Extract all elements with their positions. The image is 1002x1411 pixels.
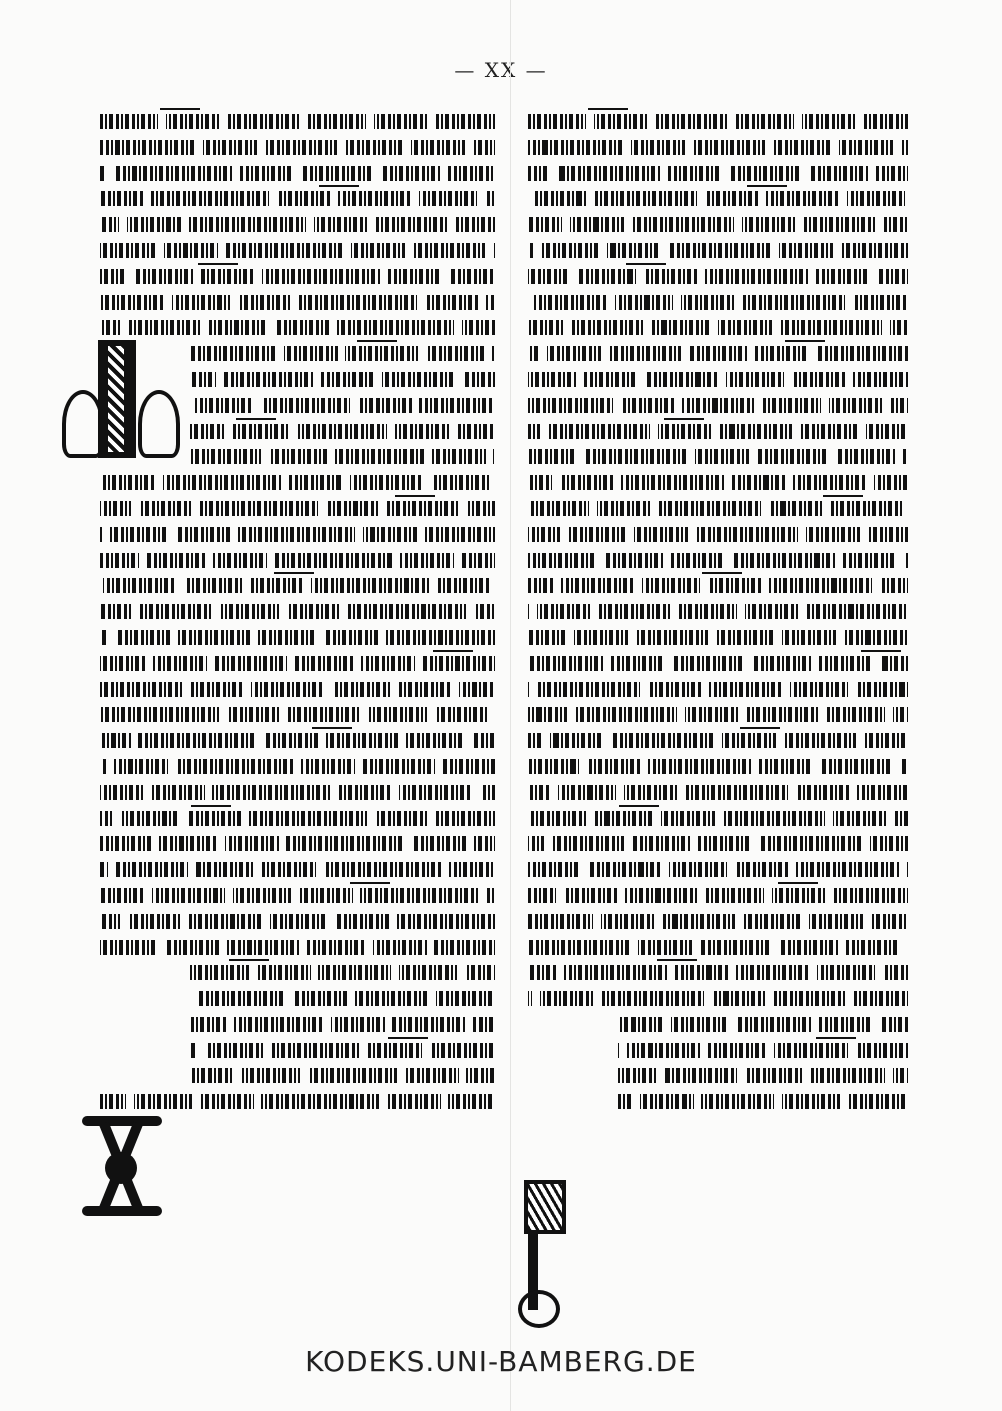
glagolitic-text <box>528 140 908 155</box>
glagolitic-text <box>528 656 908 671</box>
manuscript-line <box>100 471 495 497</box>
titlo-mark <box>861 650 901 652</box>
glagolitic-text <box>528 501 908 516</box>
manuscript-line <box>528 807 908 833</box>
titlo-mark <box>747 185 787 187</box>
titlo-mark <box>588 108 628 110</box>
manuscript-line <box>528 832 908 858</box>
manuscript-line <box>100 807 495 833</box>
manuscript-line <box>100 1013 495 1039</box>
glagolitic-text <box>528 243 908 258</box>
manuscript-line <box>528 291 908 317</box>
manuscript-line <box>528 1013 908 1039</box>
left-column <box>100 110 495 1116</box>
manuscript-line <box>100 574 495 600</box>
glagolitic-text <box>528 991 908 1006</box>
titlo-mark <box>823 495 863 497</box>
glagolitic-text <box>100 166 495 181</box>
manuscript-line <box>100 678 495 704</box>
manuscript-line <box>528 523 908 549</box>
manuscript-line <box>528 394 908 420</box>
glagolitic-text <box>618 1017 908 1032</box>
titlo-mark <box>664 418 704 420</box>
glagolitic-text <box>190 372 495 387</box>
glagolitic-text <box>528 682 908 697</box>
titlo-mark <box>357 340 397 342</box>
glagolitic-text <box>528 965 908 980</box>
manuscript-line <box>528 445 908 471</box>
glagolitic-text <box>528 733 908 748</box>
glagolitic-text <box>100 527 495 542</box>
manuscript-line <box>528 987 908 1013</box>
titlo-mark <box>395 495 435 497</box>
glagolitic-text <box>528 398 908 413</box>
watermark: KODEKS.UNI-BAMBERG.DE <box>0 1345 1002 1378</box>
titlo-mark <box>433 650 473 652</box>
manuscript-line <box>100 213 495 239</box>
manuscript-line <box>528 652 908 678</box>
manuscript-line <box>100 549 495 575</box>
titlo-mark <box>778 882 818 884</box>
titlo-mark <box>740 727 780 729</box>
manuscript-line <box>100 523 495 549</box>
glagolitic-text <box>190 346 495 361</box>
glagolitic-text <box>100 501 495 516</box>
glagolitic-text <box>190 449 495 464</box>
manuscript-line <box>528 574 908 600</box>
glagolitic-text <box>100 1094 495 1109</box>
manuscript-line <box>528 342 908 368</box>
glagolitic-text <box>100 940 495 955</box>
manuscript-line <box>528 936 908 962</box>
manuscript-line <box>528 471 908 497</box>
glagolitic-text <box>100 656 495 671</box>
glagolitic-text <box>190 1043 495 1058</box>
titlo-mark <box>816 1037 856 1039</box>
manuscript-line <box>528 162 908 188</box>
glagolitic-text <box>100 759 495 774</box>
glagolitic-text <box>100 733 495 748</box>
manuscript-line <box>100 162 495 188</box>
manuscript-line <box>100 239 495 265</box>
glagolitic-text <box>528 217 908 232</box>
titlo-mark <box>198 263 238 265</box>
manuscript-line <box>528 1090 908 1116</box>
glagolitic-text <box>100 785 495 800</box>
glagolitic-text <box>528 449 908 464</box>
glagolitic-text <box>528 191 908 206</box>
manuscript-line <box>100 497 495 523</box>
glagolitic-text <box>100 836 495 851</box>
manuscript-line <box>528 549 908 575</box>
manuscript-line <box>100 652 495 678</box>
titlo-mark <box>785 340 825 342</box>
manuscript-line <box>528 703 908 729</box>
glagolitic-text <box>528 862 908 877</box>
glagolitic-text <box>100 243 495 258</box>
manuscript-line <box>528 884 908 910</box>
initial-bar-bottom <box>82 1206 162 1216</box>
manuscript-line <box>100 961 495 987</box>
glagolitic-text <box>100 269 495 284</box>
glagolitic-text <box>100 682 495 697</box>
glagolitic-text <box>528 424 908 439</box>
manuscript-line <box>100 265 495 291</box>
page-gutter <box>510 0 511 1411</box>
manuscript-line <box>100 316 495 342</box>
manuscript-line <box>528 316 908 342</box>
manuscript-line <box>100 729 495 755</box>
manuscript-line <box>528 755 908 781</box>
glagolitic-text <box>528 604 908 619</box>
leaf-ornament-icon <box>138 390 180 458</box>
titlo-mark <box>388 1037 428 1039</box>
manuscript-line <box>100 884 495 910</box>
glagolitic-text <box>528 888 908 903</box>
manuscript-line <box>100 187 495 213</box>
manuscript-line <box>100 755 495 781</box>
glagolitic-text <box>618 1043 908 1058</box>
glagolitic-text <box>190 965 495 980</box>
manuscript-line <box>100 910 495 936</box>
glagolitic-text <box>190 1017 495 1032</box>
manuscript-line <box>100 781 495 807</box>
manuscript-line <box>528 781 908 807</box>
titlo-mark <box>702 572 742 574</box>
decorated-initial-foliate <box>62 340 166 458</box>
glagolitic-text <box>618 1068 908 1083</box>
manuscript-line <box>528 368 908 394</box>
scroll-ornament-icon <box>518 1290 560 1328</box>
manuscript-line <box>100 987 495 1013</box>
decorated-initial-box <box>518 1180 560 1330</box>
manuscript-line <box>100 291 495 317</box>
right-column <box>528 110 908 1116</box>
manuscript-line <box>528 420 908 446</box>
titlo-mark <box>274 572 314 574</box>
glagolitic-text <box>528 166 908 181</box>
titlo-mark <box>229 959 269 961</box>
manuscript-line <box>528 110 908 136</box>
manuscript-line <box>528 600 908 626</box>
titlo-mark <box>160 108 200 110</box>
initial-center-dot <box>105 1152 137 1184</box>
glagolitic-text <box>528 811 908 826</box>
initial-bar-top <box>82 1116 162 1126</box>
glagolitic-text <box>100 475 495 490</box>
manuscript-line <box>100 626 495 652</box>
glagolitic-text <box>528 320 908 335</box>
glagolitic-text <box>100 888 495 903</box>
glagolitic-text <box>100 140 495 155</box>
glagolitic-text <box>528 914 908 929</box>
manuscript-line <box>528 1039 908 1065</box>
manuscript-line <box>100 1064 495 1090</box>
manuscript-line <box>100 136 495 162</box>
manuscript-line <box>528 626 908 652</box>
glagolitic-text <box>100 811 495 826</box>
glagolitic-text <box>100 217 495 232</box>
glagolitic-text <box>528 553 908 568</box>
manuscript-line <box>100 110 495 136</box>
manuscript-line <box>100 832 495 858</box>
glagolitic-text <box>100 114 495 129</box>
glagolitic-text <box>100 604 495 619</box>
glagolitic-text <box>100 191 495 206</box>
manuscript-line <box>528 678 908 704</box>
manuscript-line <box>528 729 908 755</box>
manuscript-line <box>528 265 908 291</box>
titlo-mark <box>657 959 697 961</box>
initial-hatched-box <box>524 1180 566 1234</box>
glagolitic-text <box>100 320 495 335</box>
glagolitic-text <box>100 707 495 722</box>
manuscript-line <box>528 136 908 162</box>
page-number: — XX — <box>0 58 1002 82</box>
manuscript-line <box>100 600 495 626</box>
glagolitic-text <box>100 553 495 568</box>
manuscript-line <box>528 961 908 987</box>
glagolitic-text <box>100 630 495 645</box>
decorated-initial-hourglass <box>72 1112 170 1222</box>
manuscript-line <box>100 936 495 962</box>
glagolitic-text <box>190 398 495 413</box>
titlo-mark <box>191 805 231 807</box>
glagolitic-text <box>100 578 495 593</box>
manuscript-line <box>528 213 908 239</box>
manuscript-line <box>100 703 495 729</box>
glagolitic-text <box>528 940 908 955</box>
glagolitic-text <box>190 1068 495 1083</box>
glagolitic-text <box>528 475 908 490</box>
glagolitic-text <box>190 991 495 1006</box>
glagolitic-text <box>528 836 908 851</box>
glagolitic-text <box>528 759 908 774</box>
manuscript-line <box>528 858 908 884</box>
glagolitic-text <box>618 1094 908 1109</box>
glagolitic-text <box>528 346 908 361</box>
glagolitic-text <box>100 914 495 929</box>
manuscript-line <box>528 910 908 936</box>
glagolitic-text <box>528 578 908 593</box>
titlo-mark <box>350 882 390 884</box>
manuscript-line <box>100 1039 495 1065</box>
manuscript-line <box>528 187 908 213</box>
glagolitic-text <box>100 295 495 310</box>
glagolitic-text <box>528 269 908 284</box>
manuscript-line <box>100 858 495 884</box>
titlo-mark <box>626 263 666 265</box>
manuscript-line <box>528 239 908 265</box>
manuscript-line <box>528 1064 908 1090</box>
manuscript-line <box>528 497 908 523</box>
glagolitic-text <box>528 114 908 129</box>
glagolitic-text <box>528 785 908 800</box>
glagolitic-text <box>100 862 495 877</box>
glagolitic-text <box>528 295 908 310</box>
titlo-mark <box>312 727 352 729</box>
glagolitic-text <box>528 630 908 645</box>
glagolitic-text <box>528 707 908 722</box>
titlo-mark <box>319 185 359 187</box>
initial-stem <box>98 340 136 458</box>
glagolitic-text <box>528 527 908 542</box>
titlo-mark <box>619 805 659 807</box>
titlo-mark <box>236 418 276 420</box>
glagolitic-text <box>190 424 495 439</box>
glagolitic-text <box>528 372 908 387</box>
